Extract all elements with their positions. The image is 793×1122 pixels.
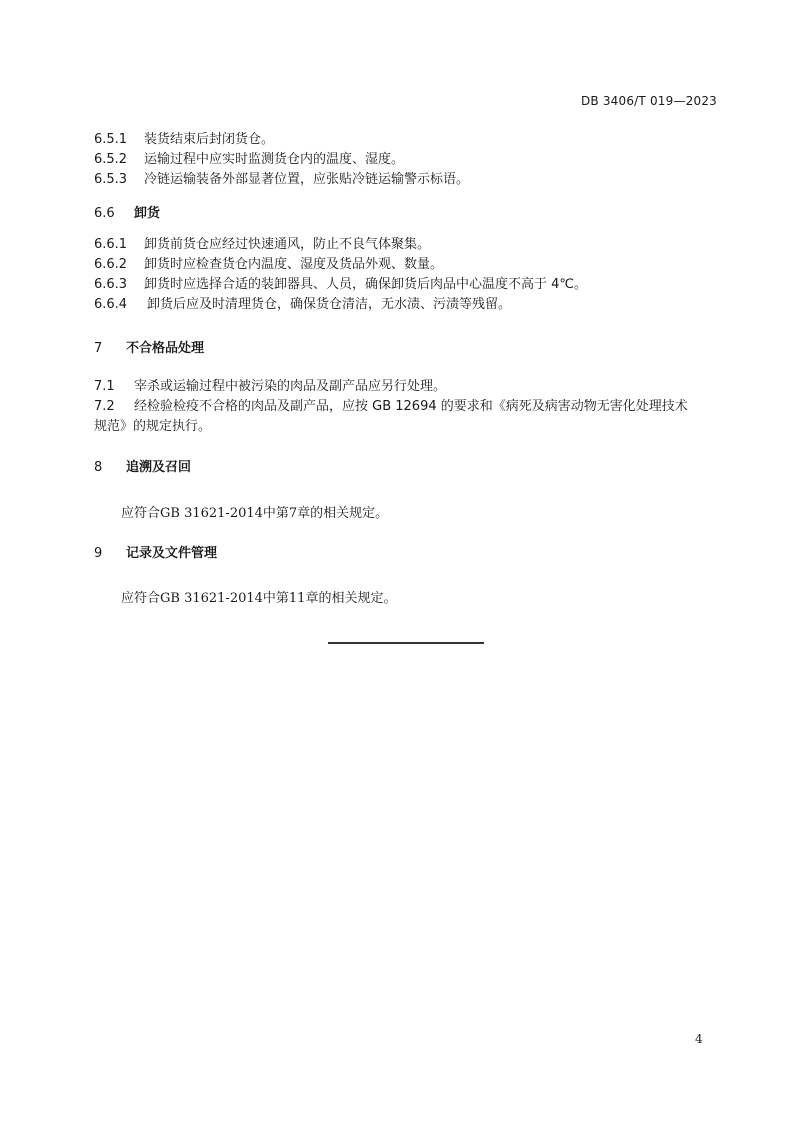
header-doc-code: DB 3406/T 019—2023: [581, 94, 717, 108]
clause-text: 卸货时应选择合适的装卸器具、人员，确保卸货后肉品中心温度不高于 4℃。: [144, 277, 587, 292]
section-number: 7: [94, 340, 126, 358]
section-title: 卸货: [134, 206, 160, 221]
section-title: 不合格品处理: [126, 341, 204, 356]
clause-text: 规范》的规定执行。: [94, 419, 211, 434]
clause-7-1: 7.1宰杀或运输过程中被污染的肉品及副产品应另行处理。: [94, 378, 446, 396]
clause-6-6-1: 6.6.1卸货前货仓应经过快速通风，防止不良气体聚集。: [94, 236, 430, 254]
section-heading-9: 9记录及文件管理: [94, 545, 217, 563]
clause-6-6-3: 6.6.3卸货时应选择合适的装卸器具、人员，确保卸货后肉品中心温度不高于 4℃。: [94, 276, 587, 294]
section-number: 8: [94, 459, 126, 477]
section-heading-6-6: 6.6卸货: [94, 205, 160, 223]
clause-number: 6.6.2: [94, 256, 144, 274]
clause-number: 6.6.4: [94, 296, 147, 314]
clause-text: 经检验检疫不合格的肉品及副产品，应按 GB 12694 的要求和《病死及病害动物…: [134, 399, 688, 414]
clause-6-6-2: 6.6.2卸货时应检查货仓内温度、湿度及货品外观、数量。: [94, 256, 443, 274]
section-number: 9: [94, 545, 126, 563]
clause-text: 冷链运输装备外部显著位置，应张贴冷链运输警示标语。: [144, 172, 469, 187]
clause-number: 7.1: [94, 378, 134, 396]
clause-6-5-1: 6.5.1装货结束后封闭货仓。: [94, 131, 274, 149]
section-number: 6.6: [94, 205, 134, 223]
clause-6-6-4: 6.6.4卸货后应及时清理货仓，确保货仓清洁，无水渍、污渍等残留。: [94, 296, 511, 314]
clause-number: 6.5.2: [94, 151, 144, 169]
clause-number: 6.5.3: [94, 171, 144, 189]
end-of-standard-rule: [328, 642, 484, 644]
clause-text: 宰杀或运输过程中被污染的肉品及副产品应另行处理。: [134, 379, 446, 394]
clause-text: 卸货时应检查货仓内温度、湿度及货品外观、数量。: [144, 257, 443, 272]
clause-text: 卸货后应及时清理货仓，确保货仓清洁，无水渍、污渍等残留。: [147, 297, 511, 312]
clause-text: 装货结束后封闭货仓。: [144, 132, 274, 147]
clause-7-2-continuation: 规范》的规定执行。: [94, 418, 211, 436]
section-8-body: 应符合GB 31621-2014中第7章的相关规定。: [121, 505, 388, 523]
clause-7-2: 7.2经检验检疫不合格的肉品及副产品，应按 GB 12694 的要求和《病死及病…: [94, 398, 688, 416]
section-heading-8: 8追溯及召回: [94, 459, 191, 477]
clause-6-5-3: 6.5.3冷链运输装备外部显著位置，应张贴冷链运输警示标语。: [94, 171, 469, 189]
section-heading-7: 7不合格品处理: [94, 340, 204, 358]
section-title: 记录及文件管理: [126, 546, 217, 561]
clause-6-5-2: 6.5.2运输过程中应实时监测货仓内的温度、湿度。: [94, 151, 404, 169]
section-9-body: 应符合GB 31621-2014中第11章的相关规定。: [121, 590, 396, 608]
section-title: 追溯及召回: [126, 460, 191, 475]
clause-number: 7.2: [94, 398, 134, 416]
clause-text: 运输过程中应实时监测货仓内的温度、湿度。: [144, 152, 404, 167]
clause-number: 6.5.1: [94, 131, 144, 149]
clause-number: 6.6.1: [94, 236, 144, 254]
clause-number: 6.6.3: [94, 276, 144, 294]
clause-text: 卸货前货仓应经过快速通风，防止不良气体聚集。: [144, 237, 430, 252]
page-number: 4: [695, 1032, 703, 1046]
